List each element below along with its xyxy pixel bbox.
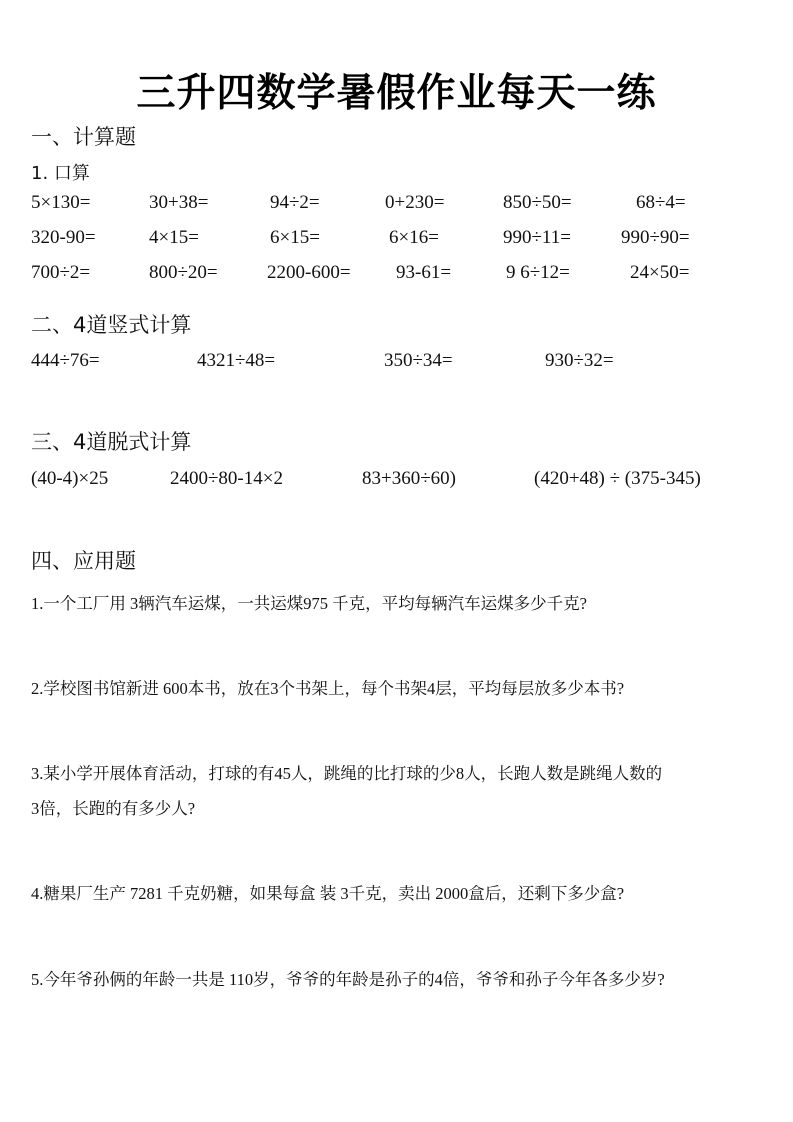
mental-math-item: 6×15= xyxy=(270,227,320,249)
word-problem-3: 3.某小学开展体育活动，打球的有45人，跳绳的比打球的少8人，长跑人数是跳绳人数… xyxy=(31,760,662,784)
mental-math-item: 5×130= xyxy=(31,192,90,214)
section-heading-step-calculation: 三、4道脱式计算 xyxy=(31,426,191,456)
mental-math-item: 2200-600= xyxy=(267,262,351,284)
word-problem-5: 5.今年爷孙俩的年龄一共是 110岁，爷爷的年龄是孙子的4倍，爷爷和孙子今年各多… xyxy=(31,966,665,990)
section-heading-word-problems: 四、应用题 xyxy=(31,545,136,575)
word-problem-2: 2.学校图书馆新进 600本书，放在3个书架上，每个书架4层，平均每层放多少本书… xyxy=(31,675,624,699)
step-calc-item: 83+360÷60) xyxy=(362,468,456,490)
page-title: 三升四数学暑假作业每天一练 xyxy=(0,62,793,118)
mental-math-item: 94÷2= xyxy=(270,192,320,214)
word-problem-3-continued: 3倍，长跑的有多少人? xyxy=(31,795,195,819)
mental-math-item: 320-90= xyxy=(31,227,96,249)
vertical-calc-item: 444÷76= xyxy=(31,350,100,372)
mental-math-item: 850÷50= xyxy=(503,192,572,214)
mental-math-item: 0+230= xyxy=(385,192,444,214)
section-heading-calculation: 一、计算题 xyxy=(31,121,136,151)
mental-math-item: 700÷2= xyxy=(31,262,90,284)
mental-math-item: 93-61= xyxy=(396,262,451,284)
vertical-calc-item: 350÷34= xyxy=(384,350,453,372)
vertical-calc-item: 930÷32= xyxy=(545,350,614,372)
mental-math-item: 24×50= xyxy=(630,262,689,284)
subsection-heading-mental-math: 1. 口算 xyxy=(31,159,90,185)
mental-math-item: 800÷20= xyxy=(149,262,218,284)
step-calc-item: (40-4)×25 xyxy=(31,468,108,490)
step-calc-item: (420+48) ÷ (375-345) xyxy=(534,468,701,490)
mental-math-item: 68÷4= xyxy=(636,192,686,214)
mental-math-item: 4×15= xyxy=(149,227,199,249)
word-problem-4: 4.糖果厂生产 7281 千克奶糖，如果每盒 装 3千克，卖出 2000盒后，还… xyxy=(31,880,624,904)
mental-math-item: 9 6÷12= xyxy=(506,262,570,284)
word-problem-1: 1.一个工厂用 3辆汽车运煤，一共运煤975 千克，平均每辆汽车运煤多少千克? xyxy=(31,590,587,614)
mental-math-item: 6×16= xyxy=(389,227,439,249)
vertical-calc-item: 4321÷48= xyxy=(197,350,275,372)
step-calc-item: 2400÷80-14×2 xyxy=(170,468,283,490)
mental-math-item: 990÷11= xyxy=(503,227,571,249)
section-heading-vertical-calculation: 二、4道竖式计算 xyxy=(31,309,191,339)
mental-math-item: 990÷90= xyxy=(621,227,690,249)
mental-math-item: 30+38= xyxy=(149,192,208,214)
